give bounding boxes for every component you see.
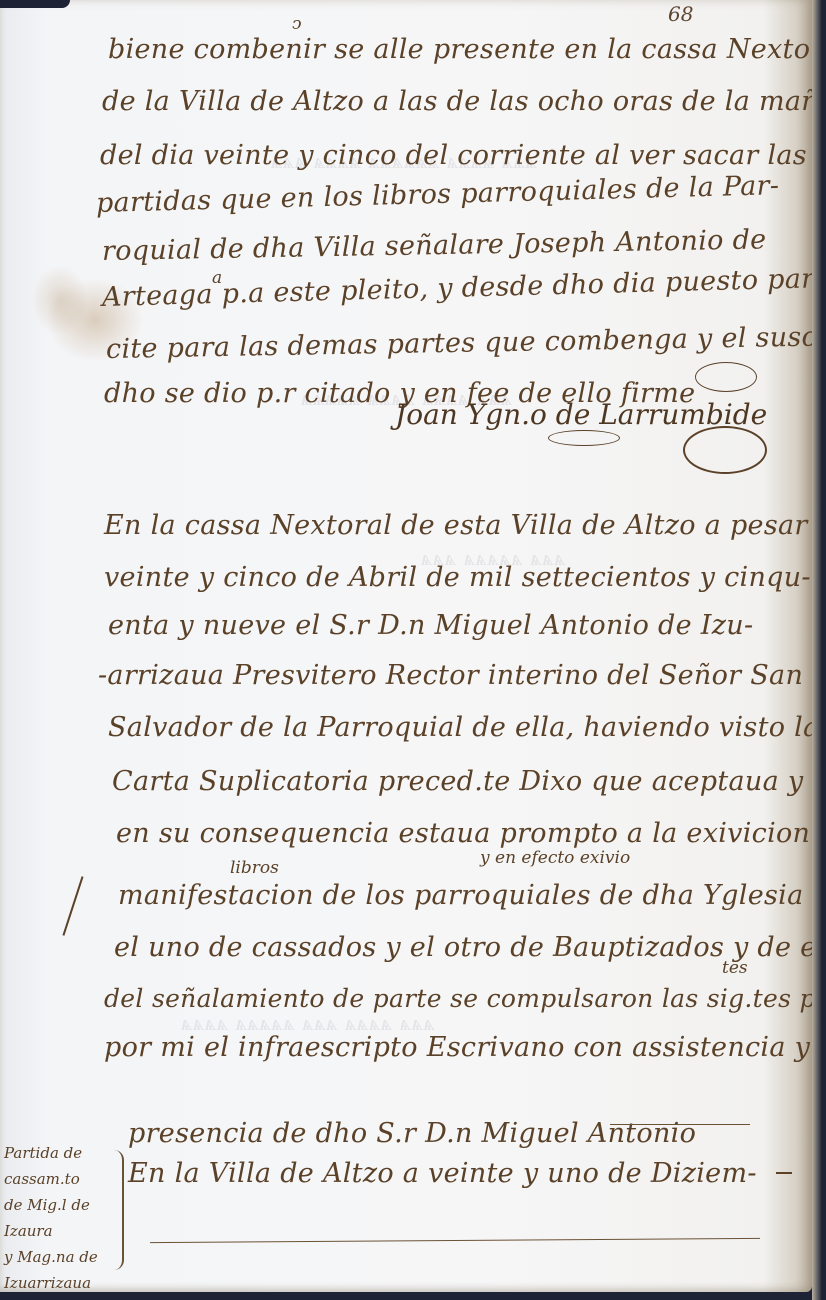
text-line: biene combenir se alle presente en la ca… [108, 34, 826, 65]
text-line: del dia veinte y cinco del corriente al … [100, 140, 807, 171]
text-line: de la Villa de Altzo a las de las ocho o… [102, 86, 826, 117]
margin-note: Partida de cassam.to de Mig.l de Izaura … [4, 1140, 116, 1296]
interlinear-insertion: y en efecto exivio [480, 848, 630, 868]
text-line: -arrizaua Presvitero Rector interino del… [98, 660, 803, 691]
interlinear-insertion: tes [722, 958, 748, 978]
text-line: enta y nueve el S.r D.n Miguel Antonio d… [108, 610, 753, 641]
folio-number: 68 [668, 2, 693, 26]
text-line: Salvador de la Parroquial de ella, havie… [108, 712, 820, 743]
text-line: En la cassa Nextoral de esta Villa de Al… [104, 510, 826, 541]
text-line: presencia de dho S.r D.n Miguel Antonio [128, 1118, 696, 1149]
text-line: en su consequencia estaua prompto a la e… [116, 818, 826, 849]
signature-flourish [695, 362, 757, 392]
text-line: En la Villa de Altzo a veinte y uno de D… [128, 1158, 757, 1189]
text-line: Arteaga p.a este pleito, y desde dho dia… [102, 262, 826, 313]
signature: Joan Ygn.o de Larrumbide [395, 398, 767, 431]
margin-note-line: de Mig.l de Izaura [4, 1192, 116, 1244]
margin-note-line: y Mag.na de [4, 1244, 116, 1270]
superscript-mark: ↄ [292, 14, 302, 34]
text-line: manifestacion de los parroquiales de dha… [118, 880, 803, 911]
text-line: por mi el infraescripto Escrivano con as… [104, 1032, 810, 1063]
margin-brace [114, 1150, 124, 1270]
signature-underline-flourish [548, 430, 620, 446]
superscript-letter: a [212, 268, 222, 288]
margin-note-line: Izuarrizaua [4, 1270, 116, 1296]
text-line: el uno de cassados y el otro de Bauptiza… [114, 932, 826, 963]
signature-rubric [683, 426, 767, 474]
section-divider-rule [150, 1238, 760, 1243]
margin-note-line: Partida de cassam.to [4, 1140, 116, 1192]
text-line: Carta Suplicatoria preced.te Dixo que ac… [112, 766, 803, 797]
text-line: roquial de dha Villa señalare Joseph Ant… [102, 224, 767, 267]
line-filler-rule [610, 1124, 750, 1125]
text-line: del señalamiento de parte se compulsaron… [104, 984, 826, 1013]
text-line: veinte y cinco de Abril de mil settecien… [104, 562, 811, 593]
text-line: partidas que en los libros parroquiales … [96, 170, 780, 219]
margin-mark [62, 876, 83, 936]
page-right-edge [812, 0, 826, 1300]
page-corner-shadow [0, 0, 70, 8]
hyphen-dash [776, 1172, 792, 1174]
manuscript-page: ѧѧѧ ѧѧѧѧ ѧѧѧѧѧѧ ѧѧѧѧ ѧѧѧ ѧѧѧ ѧѧѧѧ ѧѧѧѧ ѧ… [0, 0, 812, 1292]
text-line: cite para las demas partes que combenga … [106, 322, 819, 365]
interlinear-insertion: libros [230, 858, 279, 878]
